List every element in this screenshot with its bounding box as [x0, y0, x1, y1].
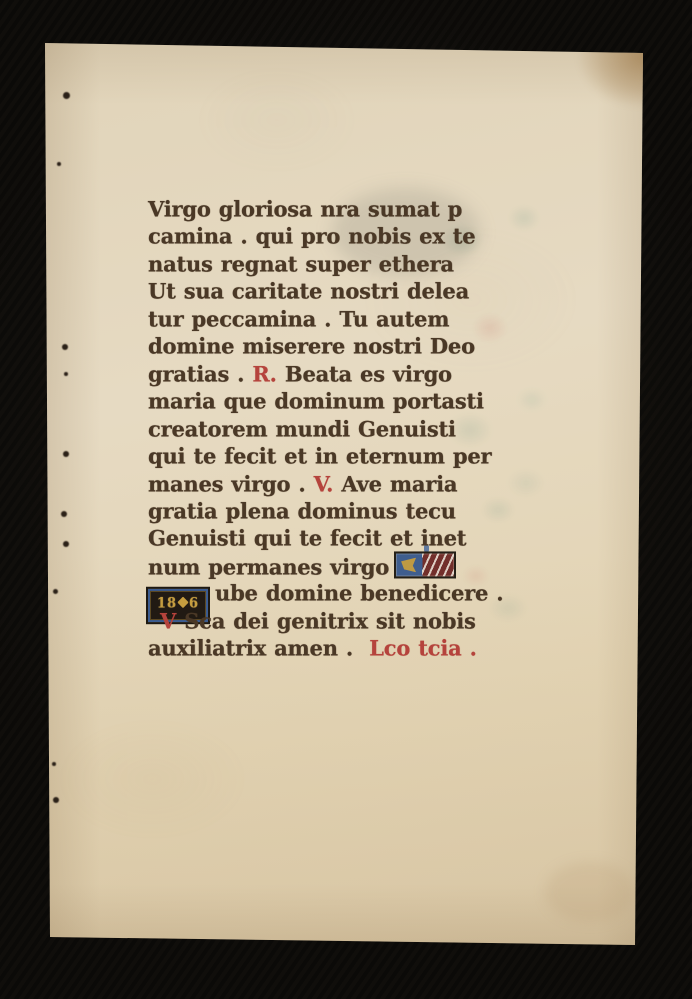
body-text: natus regnat super ethera: [148, 250, 454, 276]
ink-speck: [63, 451, 69, 457]
illuminated-initial-panel: 186: [148, 589, 208, 622]
gold-flower-icon: [177, 597, 188, 609]
text-line: Ut sua caritate nostri delea: [148, 277, 469, 306]
ink-speck: [52, 762, 56, 766]
text-line: auxiliatrix amen . Lco tcia .: [148, 634, 477, 663]
text-line: gratia plena dominus tecu: [148, 496, 456, 525]
body-text: qui te fecit et in eternum per: [148, 443, 491, 469]
body-text: auxiliatrix amen .: [148, 635, 369, 661]
rubric-text: V: [160, 607, 184, 633]
ink-speck: [53, 589, 58, 594]
rubric-text: R.: [252, 360, 276, 386]
text-line: manes virgo . V. Ave maria: [148, 469, 457, 498]
body-text: domine miserere nostri Deo: [148, 333, 475, 359]
ink-speck: [62, 344, 68, 350]
verso-bleedthrough-stain: [428, 178, 588, 638]
text-line: qui te fecit et in eternum per: [148, 441, 491, 470]
ink-speck: [57, 162, 61, 166]
line-filler-ornament: [394, 551, 456, 578]
text-line: Genuisti qui te fecit et inet: [148, 524, 466, 553]
body-text: creatorem mundi Genuisti: [148, 415, 456, 441]
text-line: domine miserere nostri Deo: [148, 332, 475, 361]
text-line: num permanes virgo: [148, 551, 456, 580]
text-line: tur peccamina . Tu autem: [148, 304, 449, 333]
text-line: V Sca dei genitrix sit nobis: [160, 606, 476, 635]
parchment-grain: [0, 0, 692, 999]
ink-speck: [63, 92, 70, 99]
text-line: camina . qui pro nobis ex te: [148, 222, 475, 251]
ink-speck: [61, 511, 67, 517]
text-line: natus regnat super ethera: [148, 249, 454, 278]
text-line: maria que dominum portasti: [148, 387, 484, 416]
text-line: creatorem mundi Genuisti: [148, 414, 456, 443]
body-text: Genuisti qui te fecit et inet: [148, 525, 466, 551]
body-text: Ut sua caritate nostri delea: [148, 278, 469, 304]
text-line: gratias . R. Beata es virgo: [148, 359, 452, 388]
text-line: Virgo gloriosa nra sumat p: [148, 194, 462, 223]
rubric-text: V.: [314, 470, 334, 496]
body-text: gratias .: [148, 360, 252, 386]
lattice-pattern: [422, 553, 454, 576]
body-text: camina . qui pro nobis ex te: [148, 223, 475, 249]
gold-glyph-left: 18: [157, 596, 177, 612]
body-text: Beata es virgo: [277, 360, 452, 386]
corner-stain: [555, 22, 692, 147]
gold-mark-icon: [401, 558, 416, 573]
blue-paint-speck: [424, 545, 429, 552]
text-block: Virgo gloriosa nra sumat pcamina . qui p…: [0, 0, 692, 999]
ink-speck: [64, 372, 68, 376]
body-text: ube domine benedicere .: [215, 580, 503, 606]
body-text: Virgo gloriosa nra sumat p: [148, 195, 462, 221]
body-text: num permanes virgo: [148, 553, 389, 579]
ink-speck: [53, 797, 59, 803]
bottom-smudge: [545, 862, 635, 922]
text-line: 186ube domine benedicere .: [148, 579, 503, 608]
body-text: Ave maria: [333, 470, 457, 496]
body-text: maria que dominum portasti: [148, 388, 484, 414]
manuscript-leaf: Virgo gloriosa nra sumat pcamina . qui p…: [0, 0, 692, 999]
body-text: Sca dei genitrix sit nobis: [184, 607, 475, 633]
body-text: manes virgo .: [148, 470, 314, 496]
grey-showthrough-patch: [332, 188, 480, 276]
ink-speck: [63, 541, 69, 547]
body-text: gratia plena dominus tecu: [148, 497, 456, 523]
body-text: tur peccamina . Tu autem: [148, 305, 449, 331]
photo-background: Virgo gloriosa nra sumat pcamina . qui p…: [0, 0, 692, 999]
parchment-edge-shading: [0, 0, 692, 999]
rubric-text: Lco tcia .: [369, 635, 477, 661]
gold-glyph-right: 6: [189, 596, 199, 612]
